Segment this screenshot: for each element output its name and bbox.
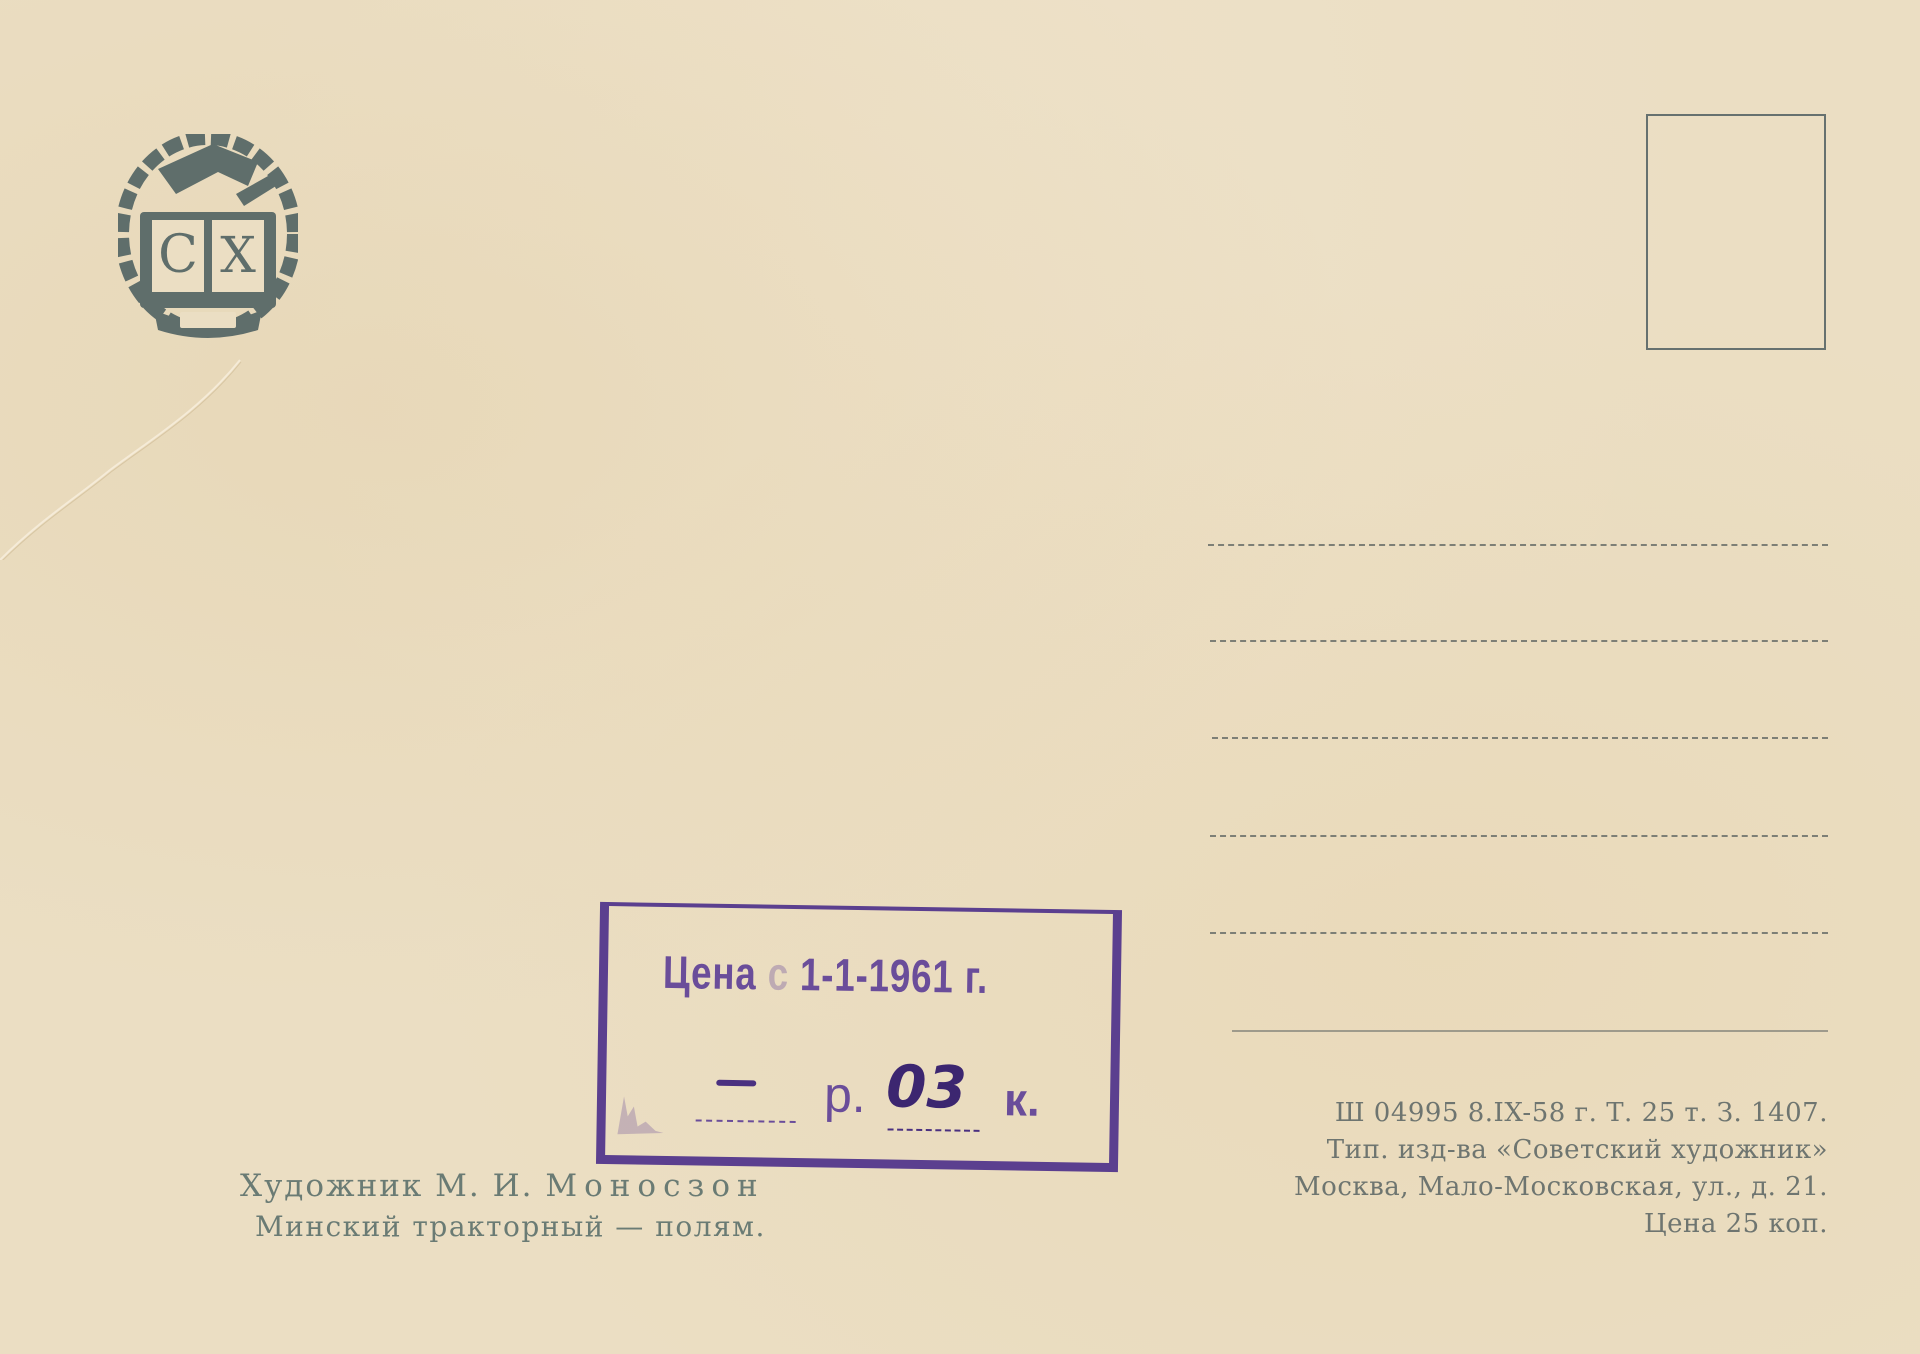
kopecks-value: 03 xyxy=(886,1052,968,1121)
svg-text:Х: Х xyxy=(220,226,256,284)
address-line xyxy=(1210,932,1828,934)
postage-stamp-box xyxy=(1646,114,1826,350)
stamp-date-line: Цена с 1-1-1961 г. xyxy=(663,945,989,1004)
ink-smudge xyxy=(615,1086,666,1137)
paper-crease xyxy=(0,320,260,560)
address-line xyxy=(1212,737,1828,739)
svg-text:С: С xyxy=(158,225,198,285)
publisher-imprint: Ш 04995 8.IX-58 г. Т. 25 т. З. 1407. Тип… xyxy=(1128,1095,1828,1243)
kopecks-label: к. xyxy=(1004,1072,1041,1127)
rubles-dash xyxy=(716,1080,756,1087)
rubles-label: р. xyxy=(824,1065,867,1124)
artists-union-emblem-icon: С Х xyxy=(118,134,298,338)
imprint-printer: Тип. изд-ва «Советский художник» xyxy=(1128,1132,1828,1169)
artwork-credits: Художник М. И. Моносзон Минский тракторн… xyxy=(240,1168,766,1243)
imprint-codes: Ш 04995 8.IX-58 г. Т. 25 т. З. 1407. xyxy=(1128,1095,1828,1132)
postcard-back: С Х Цена с 1-1-1961 г. р. 03 к. Художник… xyxy=(0,0,1920,1354)
stamp-price-line: р. 03 к. xyxy=(706,1058,1067,1134)
imprint-address: Москва, Мало-Московская, ул., д. 21. xyxy=(1128,1169,1828,1206)
artwork-title: Минский тракторный — полям. xyxy=(255,1210,766,1243)
address-line xyxy=(1210,835,1828,837)
address-line xyxy=(1208,544,1828,546)
address-line xyxy=(1232,1030,1828,1032)
address-line xyxy=(1210,640,1828,642)
original-price: Цена 25 коп. xyxy=(1128,1206,1828,1243)
artist-credit: Художник М. И. Моносзон xyxy=(240,1168,766,1204)
price-revaluation-stamp: Цена с 1-1-1961 г. р. 03 к. xyxy=(596,902,1122,1172)
